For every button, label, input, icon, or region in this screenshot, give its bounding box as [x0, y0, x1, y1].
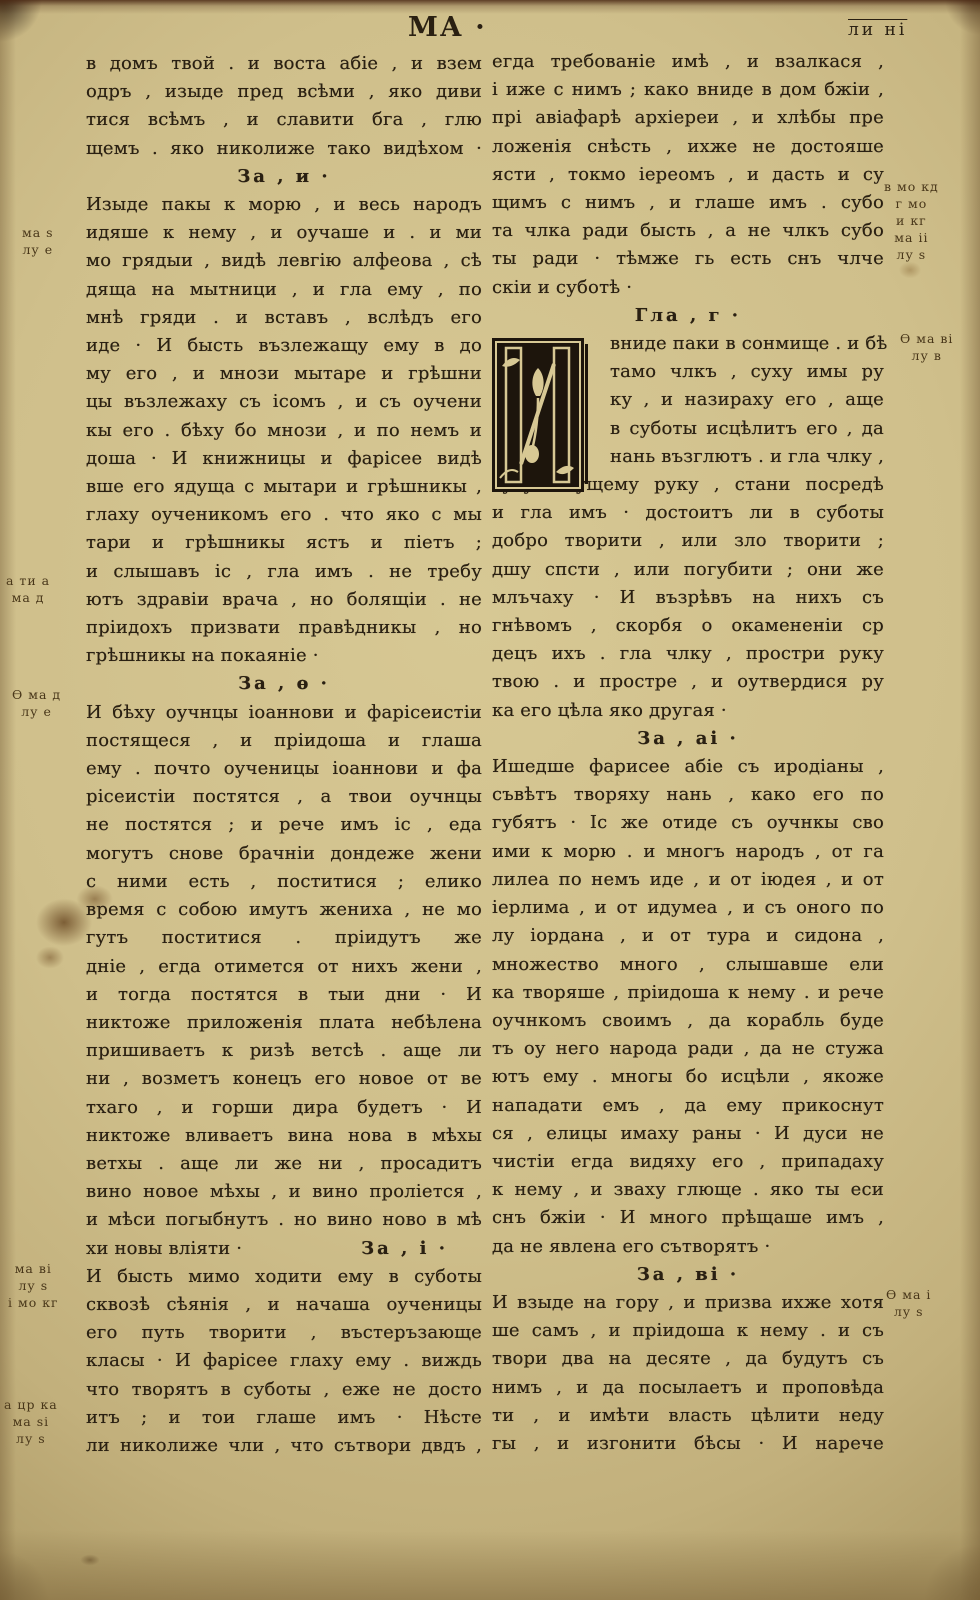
text-line: дяща на мытници , и гла ему , по [86, 276, 482, 304]
text-line: тхаго , и горши дира будетъ · И [86, 1094, 482, 1122]
margin-note-line: ма ѕ [22, 224, 54, 241]
text-line: ся , елицы имаху раны · И дуси не [492, 1120, 884, 1148]
text-line: прі авіафарѣ архіереи , и хлѣбы пре [492, 104, 884, 132]
text-line: ясти , токмо іереомъ , и дасть и су [492, 161, 884, 189]
text-line: щимъ с нимъ , и глаше имъ . субо [492, 189, 884, 217]
text-line: пріидохъ призвати правѣдникы , но [86, 614, 482, 642]
text-line: твори два на десяте , да будутъ съ [492, 1345, 884, 1373]
text-line: И бысть мимо ходити ему в суботы [86, 1263, 482, 1291]
text-line: что творятъ в суботы , еже не досто [86, 1376, 482, 1404]
text-line: класы · И фарісее глаху ему . виждь [86, 1347, 482, 1375]
text-line: с ними есть , поститися ; елико [86, 868, 482, 896]
section-heading: За , ѳ · [86, 670, 482, 698]
text-line: снъ бжіи · И много прѣщаше имъ , [492, 1204, 884, 1232]
margin-note-line: ма ві [8, 1260, 59, 1277]
text-line: цы възлежаху съ ісомъ , и съ оучени [86, 388, 482, 416]
text-line: лилеа по немъ иде , и от іюдея , и от [492, 866, 884, 894]
margin-note-line: Ѳ ма і [886, 1286, 931, 1303]
text-line: одръ , изыде пред всѣми , яко диви [86, 78, 482, 106]
margin-note-line: лу ѕ [4, 1430, 58, 1447]
text-line: млъчаху · И възрѣвъ на нихъ съ [492, 584, 884, 612]
margin-note-line: а ти а [6, 572, 50, 589]
text-line: ли николиже чли , что сътвори двдъ , [86, 1432, 482, 1460]
margin-note-line: і мо кг [8, 1294, 59, 1311]
margin-note-line: и кг [884, 212, 939, 229]
text-line: ветхы . аще ли же ни , просадитъ [86, 1150, 482, 1178]
margin-note-line: лу ѕ [886, 1303, 931, 1320]
text-line: ка творяше , пріидоша к нему . и рече [492, 979, 884, 1007]
margin-note-line: лу в [900, 347, 953, 364]
margin-note-line: ма ѕі [4, 1413, 58, 1430]
text-column-right: егда требованіе имѣ , и взалкася ,і иже … [492, 48, 884, 1458]
text-line: И взыде на гору , и призва ихже хотя [492, 1289, 884, 1317]
margin-note-line: лу е [22, 241, 54, 258]
text-line: сквозѣ сѣянія , и начаша оученицы [86, 1291, 482, 1319]
text-line: могутъ снове брачніи дондеже жени [86, 840, 482, 868]
margin-note-line: в мо кд [884, 178, 939, 195]
text-line: не постятся ; и рече имъ іс , еда [86, 811, 482, 839]
text-line: ти , и имѣти власть цѣлити неду [492, 1402, 884, 1430]
running-title: МА · [408, 12, 487, 43]
text-line: скіи и суботѣ · [492, 274, 884, 302]
text-line: в домъ твой . и воста абіе , и взем [86, 50, 482, 78]
text-line: дніе , егда отимется от нихъ жени , [86, 953, 482, 981]
text-line: никтоже приложенія плата небѣлена [86, 1009, 482, 1037]
text-line: постящеся , и пріидоша и глаша [86, 727, 482, 755]
text-line: ше самъ , и пріидоша к нему . и съ [492, 1317, 884, 1345]
text-line: тися всѣмъ , и славити бга , глю [86, 106, 482, 134]
text-line: хи новы вліяти ·За , і · [86, 1235, 482, 1263]
text-line: ему . почто оученицы іоаннови и фа [86, 755, 482, 783]
margin-note-line: лу ѕ [884, 246, 939, 263]
text-line: губятъ · Іс же отиде съ оучнкы сво [492, 809, 884, 837]
text-line: итъ ; и тои глаше имъ · Нѣсте [86, 1404, 482, 1432]
text-line: добро творити , или зло творити ; [492, 527, 884, 555]
text-line: глаху оученикомъ его . что яко с мы [86, 501, 482, 529]
text-line: ими к морю . и многъ народъ , от га [492, 838, 884, 866]
margin-note-line: а цр ка [4, 1396, 58, 1413]
text-line: гутъ поститися . пріидутъ же [86, 924, 482, 952]
text-column-left: в домъ твой . и воста абіе , и вземодръ … [86, 50, 482, 1460]
text-line: время с собою имутъ жениха , не мо [86, 896, 482, 924]
section-heading: Гла , г · [492, 302, 884, 330]
text-line: нападати емъ , да ему прикоснут [492, 1092, 884, 1120]
margin-note-line: Ѳ ма ві [900, 330, 953, 347]
text-line: ложенія снѣсть , ихже не достояше [492, 133, 884, 161]
text-line: множество много , слышавше ели [492, 951, 884, 979]
text-line: твою . и простре , и оутвердися ру [492, 668, 884, 696]
text-line: кы его . бѣху бо мнози , и по немъ и [86, 417, 482, 445]
margin-note: ма ѕлу е [22, 224, 54, 258]
text-line: рісеистіи постятся , а твои оучнцы [86, 783, 482, 811]
text-line: ютъ ему . многы бо исцѣли , якоже [492, 1063, 884, 1091]
text-line: та члка ради бысть , а не члкъ субо [492, 217, 884, 245]
text-line: пришиваетъ к ризѣ ветсѣ . аще ли [86, 1037, 482, 1065]
text-line: ютъ здравіи врача , но болящіи . не [86, 586, 482, 614]
text-line: никтоже вливаетъ вина нова в мѣхы [86, 1122, 482, 1150]
margin-note-line: Ѳ ма д [12, 686, 61, 703]
section-heading: За , ві · [492, 1261, 884, 1289]
section-heading: За , аі · [492, 725, 884, 753]
text-line: его путь творити , въстеръзающе [86, 1319, 482, 1347]
text-line: тари и грѣшникы ястъ и піетъ ; [86, 529, 482, 557]
margin-note-line: г мо [884, 195, 939, 212]
manuscript-page: МА · ли ні в домъ твой . и воста абіе , … [0, 0, 980, 1600]
text-line: съвѣтъ творяху нань , како его по [492, 781, 884, 809]
margin-note-line: лу е [12, 703, 61, 720]
text-line: Ишедше фарисее абіе съ иродіаны , [492, 753, 884, 781]
text-line: иде · И бысть възлежащу ему в до [86, 332, 482, 360]
text-line: и слышавъ іс , гла имъ . не требу [86, 558, 482, 586]
text-line: щемъ . яко николиже тако видѣхом · [86, 135, 482, 163]
text-line: іерлима , и от идумеа , и съ оного по [492, 894, 884, 922]
text-line: і иже с нимъ ; како вниде в дом бжіи , [492, 76, 884, 104]
text-line: идяше к нему , и оучаше и . и ми [86, 219, 482, 247]
text-line: гы , и изгонити бѣсы · И нарече [492, 1430, 884, 1458]
text-line: нимъ , и да посылаетъ и проповѣда [492, 1374, 884, 1402]
margin-note: в мо кдг мои кгма іілу ѕ [884, 178, 939, 263]
text-line: мо грядыи , видѣ левгію алфеова , сѣ [86, 247, 482, 275]
text-line: ни , возметъ конецъ его новое от ве [86, 1065, 482, 1093]
woodcut-initial-letter [492, 338, 590, 492]
text-fragment: хи новы вліяти · [86, 1235, 242, 1263]
text-line: чистіи егда видяху его , припадаху [492, 1148, 884, 1176]
text-line: дшу спсти , или погубити ; они же [492, 556, 884, 584]
text-line: егда требованіе имѣ , и взалкася , [492, 48, 884, 76]
text-line: да не явлена его сътворятъ · [492, 1233, 884, 1261]
text-line: децъ ихъ . гла члку , простри руку [492, 640, 884, 668]
text-line: тъ оу него народа ради , да не стужа [492, 1035, 884, 1063]
margin-note: Ѳ ма длу е [12, 686, 61, 720]
text-line: И бѣху оучнцы іоаннови и фарісеистіи [86, 699, 482, 727]
text-line: доша · И книжницы и фарісее видѣ [86, 445, 482, 473]
margin-note: Ѳ ма вілу в [900, 330, 953, 364]
section-heading: За , і · [361, 1235, 482, 1263]
margin-note-line: ма іі [884, 229, 939, 246]
paper-stain [60, 1540, 120, 1580]
margin-note-line: лу ѕ [8, 1277, 59, 1294]
text-line: му его , и мнози мытаре и грѣшни [86, 360, 482, 388]
text-line: мнѣ гряди . и вставъ , вслѣдъ его [86, 304, 482, 332]
text-line: грѣшникы на покаяніе · [86, 642, 482, 670]
folio-number: ли ні [848, 20, 907, 40]
text-line: вино новое мѣхы , и вино проліется , [86, 1178, 482, 1206]
text-line: оучнкомъ своимъ , да корабль буде [492, 1007, 884, 1035]
text-line: к нему , и зваху глюще . яко ты еси [492, 1176, 884, 1204]
margin-note-line: ма д [6, 589, 50, 606]
text-line: лу іордана , и от тура и сидона , [492, 922, 884, 950]
text-line: Изыде пакы к морю , и весь народъ [86, 191, 482, 219]
text-line: гнѣвомъ , скорбя о окамененіи ср [492, 612, 884, 640]
text-line: вше его ядуща с мытари и грѣшникы , [86, 473, 482, 501]
margin-note: ма вілу ѕі мо кг [8, 1260, 59, 1311]
text-line: и тогда постятся в тыи дни · И [86, 981, 482, 1009]
text-line: ка его цѣла яко другая · [492, 697, 884, 725]
text-line: ты ради · тѣмже гь есть снъ члче [492, 245, 884, 273]
text-line: и гла имъ · достоитъ ли в суботы [492, 499, 884, 527]
margin-note: а ти ама д [6, 572, 50, 606]
text-line: и мѣси погыбнутъ . но вино ново в мѣ [86, 1206, 482, 1234]
section-heading: За , и · [86, 163, 482, 191]
margin-note: Ѳ ма ілу ѕ [886, 1286, 931, 1320]
margin-note: а цр кама ѕілу ѕ [4, 1396, 58, 1447]
